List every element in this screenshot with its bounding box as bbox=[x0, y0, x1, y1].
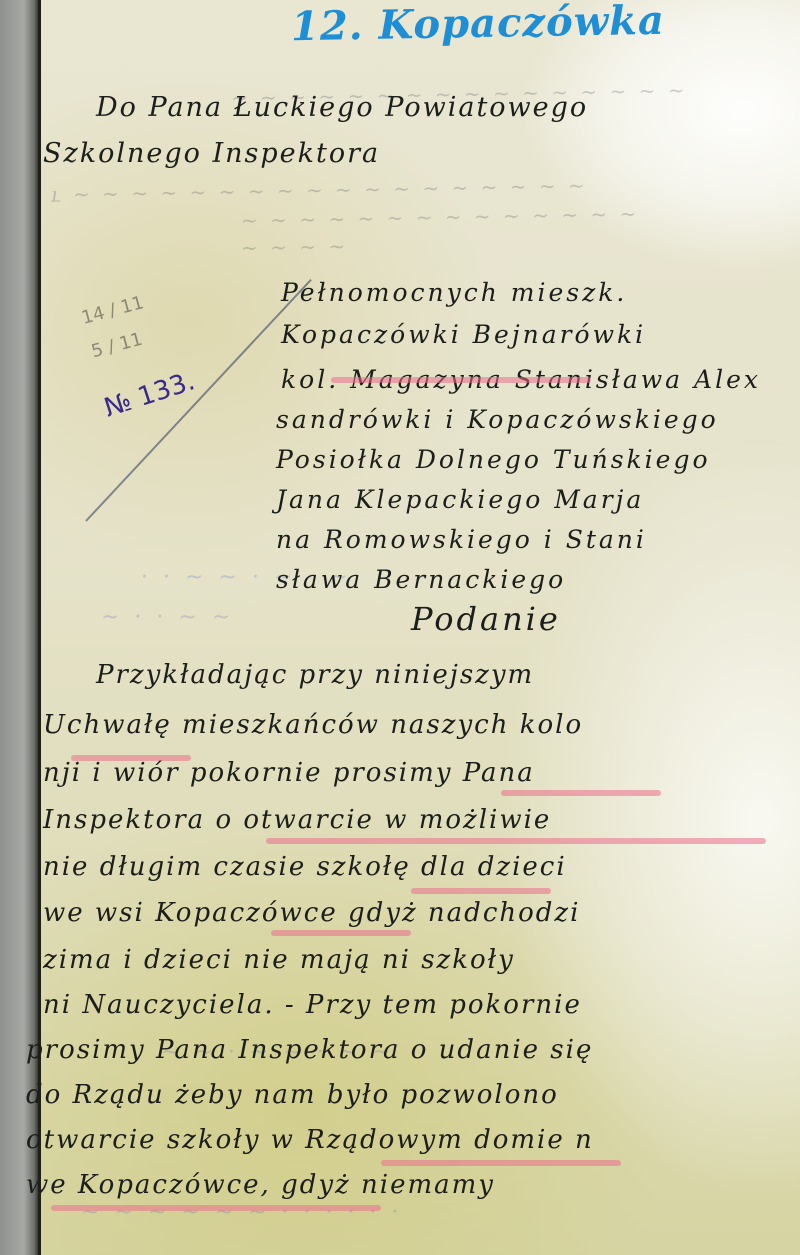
pink-underline bbox=[266, 838, 766, 844]
blue-bleed-through: ~ ~ ~ ~ ~ ~ · · · · · · bbox=[81, 1200, 403, 1225]
body-line: nie długim czasie szkołę dla dzieci bbox=[43, 852, 567, 882]
body-line: Inspektora o otwarcie w możliwie bbox=[43, 805, 551, 835]
body-line: do Rządu żeby nam było pozwolono bbox=[26, 1080, 559, 1110]
header-annotation: 12. Kopaczówka bbox=[291, 0, 666, 50]
sender-line: Posiołka Dolnego Tuńskiego bbox=[276, 445, 711, 474]
body-line: prosimy Pana Inspektora o udanie się bbox=[26, 1035, 593, 1065]
body-line: nji i wiór pokornie prosimy Pana bbox=[43, 758, 535, 788]
sender-line: na Romowskiego i Stani bbox=[276, 525, 647, 554]
pink-underline bbox=[71, 755, 191, 761]
pink-underline bbox=[271, 930, 411, 936]
document-page: ~ ~ ~ ~ ~ ~ ~ ~ ~ ~ ~ ~ ~ ~ ~ ~ ւ ~ ~ ~ … bbox=[38, 0, 800, 1255]
pencil-note: 14 / 11 bbox=[79, 292, 146, 329]
body-line: zima i dzieci nie mają ni szkoły bbox=[43, 945, 515, 975]
body-line: Przykładając przy niniejszym bbox=[96, 660, 534, 690]
body-line: otwarcie szkoły w Rządowym domie n bbox=[26, 1125, 594, 1155]
body-line: ni Nauczyciela. - Przy tem pokornie bbox=[43, 990, 582, 1020]
body-line: we Kopaczówce, gdyż niemamy bbox=[26, 1170, 495, 1200]
pink-underline bbox=[51, 1205, 381, 1211]
sender-line: sława Bernackiego bbox=[276, 565, 566, 594]
sender-line: Pełnomocnych mieszk. bbox=[281, 278, 627, 307]
addressee-line-1: Do Pana Łuckiego Powiatowego bbox=[96, 92, 588, 123]
addressee-line-2: Szkolnego Inspektora bbox=[43, 138, 380, 169]
document-title: Podanie bbox=[411, 600, 561, 638]
bleed-through-text: ւ ~ ~ ~ ~ ~ ~ ~ ~ ~ ~ ~ ~ ~ ~ ~ ~ ~ ~ bbox=[51, 173, 588, 206]
book-binding-edge bbox=[0, 0, 40, 1255]
sender-line: Kopaczówki Bejnarówki bbox=[281, 320, 646, 349]
bleed-through-text: ~ ~ ~ ~ bbox=[241, 234, 349, 260]
pencil-note: 5 / 11 bbox=[89, 329, 145, 363]
sender-line: sandrówki i Kopaczówskiego bbox=[276, 405, 719, 434]
pink-underline bbox=[331, 377, 591, 383]
pink-underline bbox=[411, 888, 551, 894]
body-line: we wsi Kopaczówce gdyż nadchodzi bbox=[43, 898, 580, 928]
pink-underline bbox=[501, 790, 661, 796]
body-line: Uchwałę mieszkańców naszych kolo bbox=[43, 710, 583, 740]
blue-bleed-through: ~ · · ~ ~ bbox=[101, 605, 234, 630]
pink-underline bbox=[381, 1160, 621, 1166]
sender-line: Jana Klepackiego Marja bbox=[276, 485, 644, 514]
bleed-through-text: ~ ~ ~ ~ ~ ~ ~ ~ ~ ~ ~ ~ ~ ~ bbox=[241, 202, 640, 233]
